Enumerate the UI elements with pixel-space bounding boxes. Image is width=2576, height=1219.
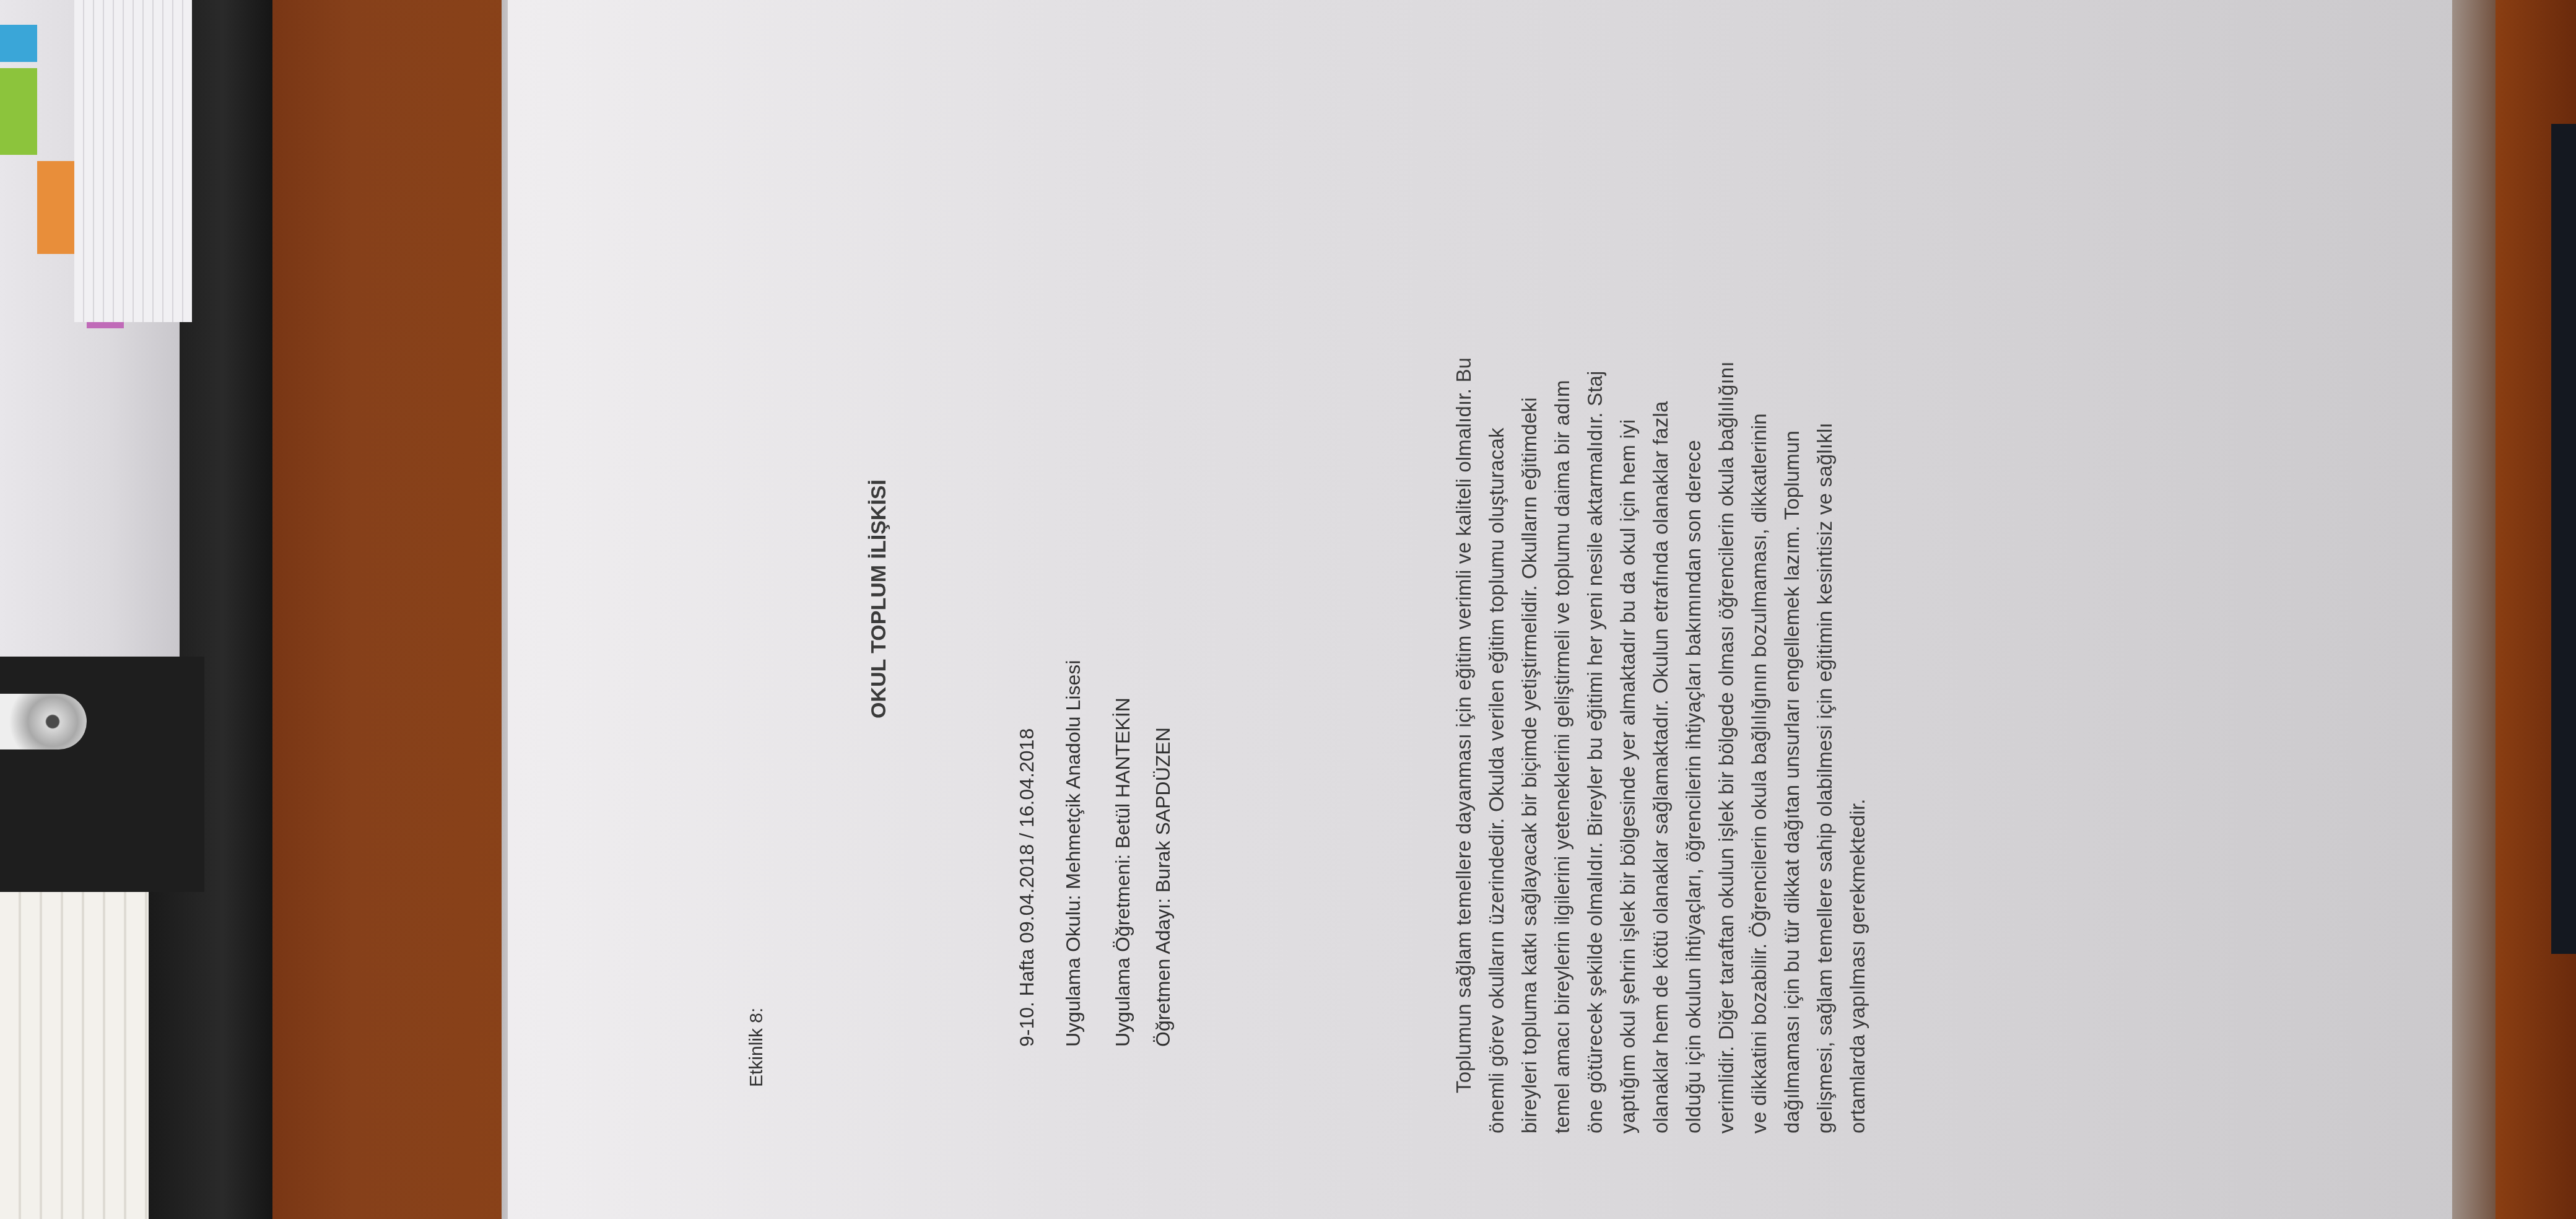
meta-candidate: Öğretmen Adayı: Burak SAPDÜZEN xyxy=(1152,727,1175,1047)
body-line: dağılmaması için bu tür dikkat dağıtan u… xyxy=(1780,430,1804,1134)
divider-tab-orange xyxy=(37,161,74,254)
page-edge xyxy=(2452,0,2502,1219)
activity-label: Etkinlik 8: xyxy=(746,1008,767,1087)
meta-teacher: Uygulama Öğretmeni: Betül HANTEKİN xyxy=(1112,697,1134,1047)
page-title: OKUL TOPLUM İLİŞKİSİ xyxy=(867,479,891,719)
body-line: olanaklar hem de kötü olanaklar sağlamak… xyxy=(1649,401,1673,1134)
divider-tab-green xyxy=(0,68,37,155)
body-line: verimlidir. Diğer taraftan okulun işlek … xyxy=(1715,361,1738,1134)
dark-background xyxy=(2551,124,2576,954)
body-line: ortamlarda yapılması gerekmektedir. xyxy=(1846,798,1869,1134)
body-line: Toplumun sağlam temellere dayanması için… xyxy=(1452,357,1476,1093)
body-line: önemli görev okulların üzerindedir. Okul… xyxy=(1485,427,1508,1134)
page-stack xyxy=(74,0,192,322)
body-line: olduğu için okulun ihtiyaçları, öğrencil… xyxy=(1682,440,1705,1134)
body-line: öne götürecek şekilde olmalıdır. Bireyle… xyxy=(1583,370,1607,1134)
body-line: gelişmesi, sağlam temellere sahip olabil… xyxy=(1813,422,1837,1134)
body-line: temel amacı bireylerin ilgilerini yetene… xyxy=(1551,380,1574,1134)
body-line: ve dikkatini bozabilir. Öğrencilerin oku… xyxy=(1747,413,1771,1134)
divider-tab-blue xyxy=(0,25,37,62)
body-line: bireyleri topluma katkı sağlayacak bir b… xyxy=(1518,397,1541,1134)
binder-ring-icon xyxy=(0,694,87,749)
meta-school: Uygulama Okulu: Mehmetçik Anadolu Lisesi xyxy=(1062,660,1085,1047)
body-line: yaptığım okul şehrin işlek bir bölgesind… xyxy=(1616,419,1640,1134)
meta-week: 9-10. Hafta 09.04.2018 / 16.04.2018 xyxy=(1016,728,1038,1047)
page-stack-bottom xyxy=(0,892,149,1219)
binder-ring-strip xyxy=(0,657,204,892)
